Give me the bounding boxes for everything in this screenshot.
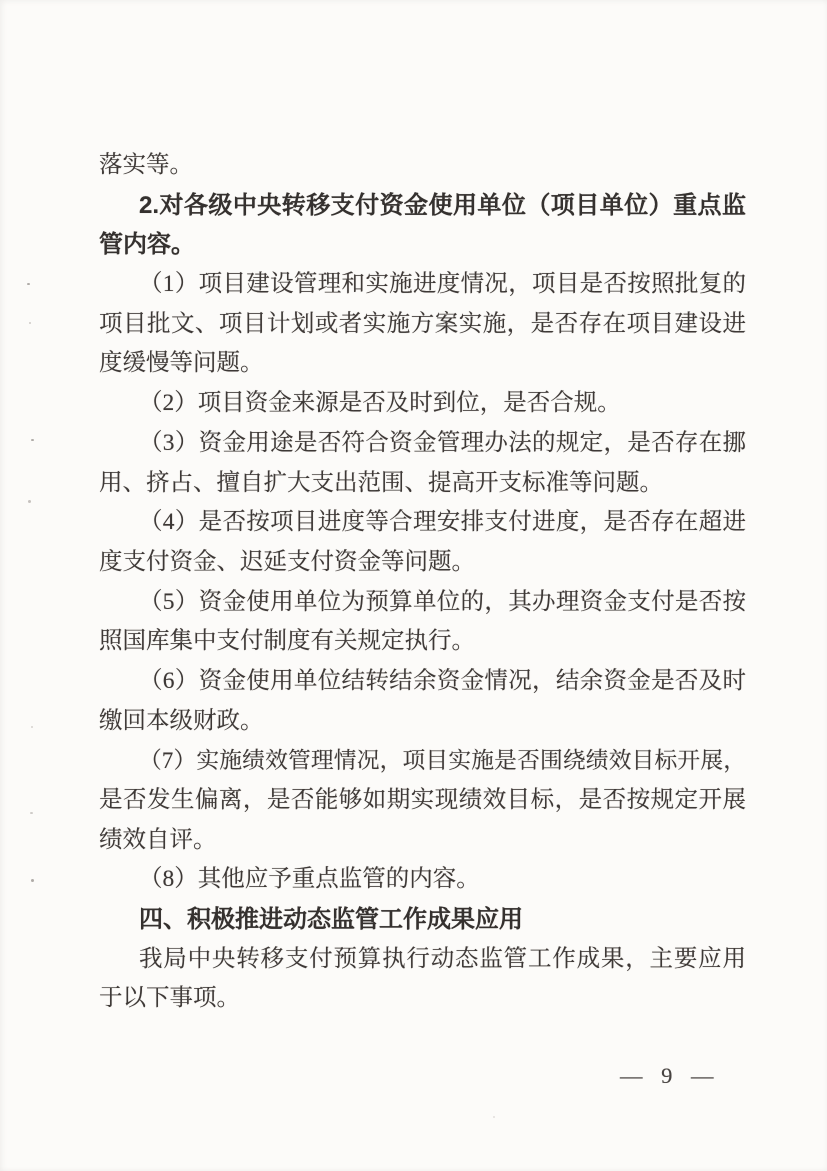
speckle-dot [28,500,31,503]
text-line: 照国库集中支付制度有关规定执行。 [99,622,746,662]
text-line: （5）资金使用单位为预算单位的，其办理资金支付是否按 [99,583,746,623]
text-line: 项目批文、项目计划或者实施方案实施，是否存在项目建设进 [99,305,746,345]
speckle-dot [29,322,31,324]
text-line: （1）项目建设管理和实施进度情况，项目是否按照批复的 [99,265,746,305]
text-line: （7）实施绩效管理情况，项目实施是否围绕绩效目标开展， [99,741,746,781]
speckle-dot [27,283,30,285]
text-line: 于以下事项。 [99,979,746,1019]
text-line: 管内容。 [99,225,746,265]
text-line: 缴回本级财政。 [99,702,746,742]
text-line: （2）项目资金来源是否及时到位，是否合规。 [99,384,746,424]
speckle-dot [493,1116,495,1118]
text-line: 落实等。 [99,146,746,186]
document-body: 落实等。2.对各级中央转移支付资金使用单位（项目单位）重点监管内容。（1）项目建… [99,146,746,1019]
text-line: （4）是否按项目进度等合理安排支付进度，是否存在超进 [99,503,746,543]
document-page: 落实等。2.对各级中央转移支付资金使用单位（项目单位）重点监管内容。（1）项目建… [0,0,827,1171]
text-line: 我局中央转移支付预算执行动态监管工作成果，主要应用 [99,940,746,980]
text-line: 度缓慢等问题。 [99,344,746,384]
text-line: 2.对各级中央转移支付资金使用单位（项目单位）重点监 [99,186,746,226]
text-line: （8）其他应予重点监管的内容。 [99,860,746,900]
text-line: （6）资金使用单位结转结余资金情况，结余资金是否及时 [99,662,746,702]
speckle-dot [31,439,34,441]
speckle-dot [31,879,34,882]
text-line: 四、积极推进动态监管工作成果应用 [99,900,746,940]
text-line: 用、挤占、擅自扩大支出范围、提高开支标准等问题。 [99,464,746,504]
text-line: （3）资金用途是否符合资金管理办法的规定，是否存在挪 [99,424,746,464]
speckle-dot [31,726,33,728]
speckle-dot [30,812,33,814]
text-line: 绩效自评。 [99,821,746,861]
page-number: — 9 — [620,1063,716,1089]
text-line: 度支付资金、迟延支付资金等问题。 [99,543,746,583]
text-line: 是否发生偏离，是否能够如期实现绩效目标，是否按规定开展 [99,781,746,821]
